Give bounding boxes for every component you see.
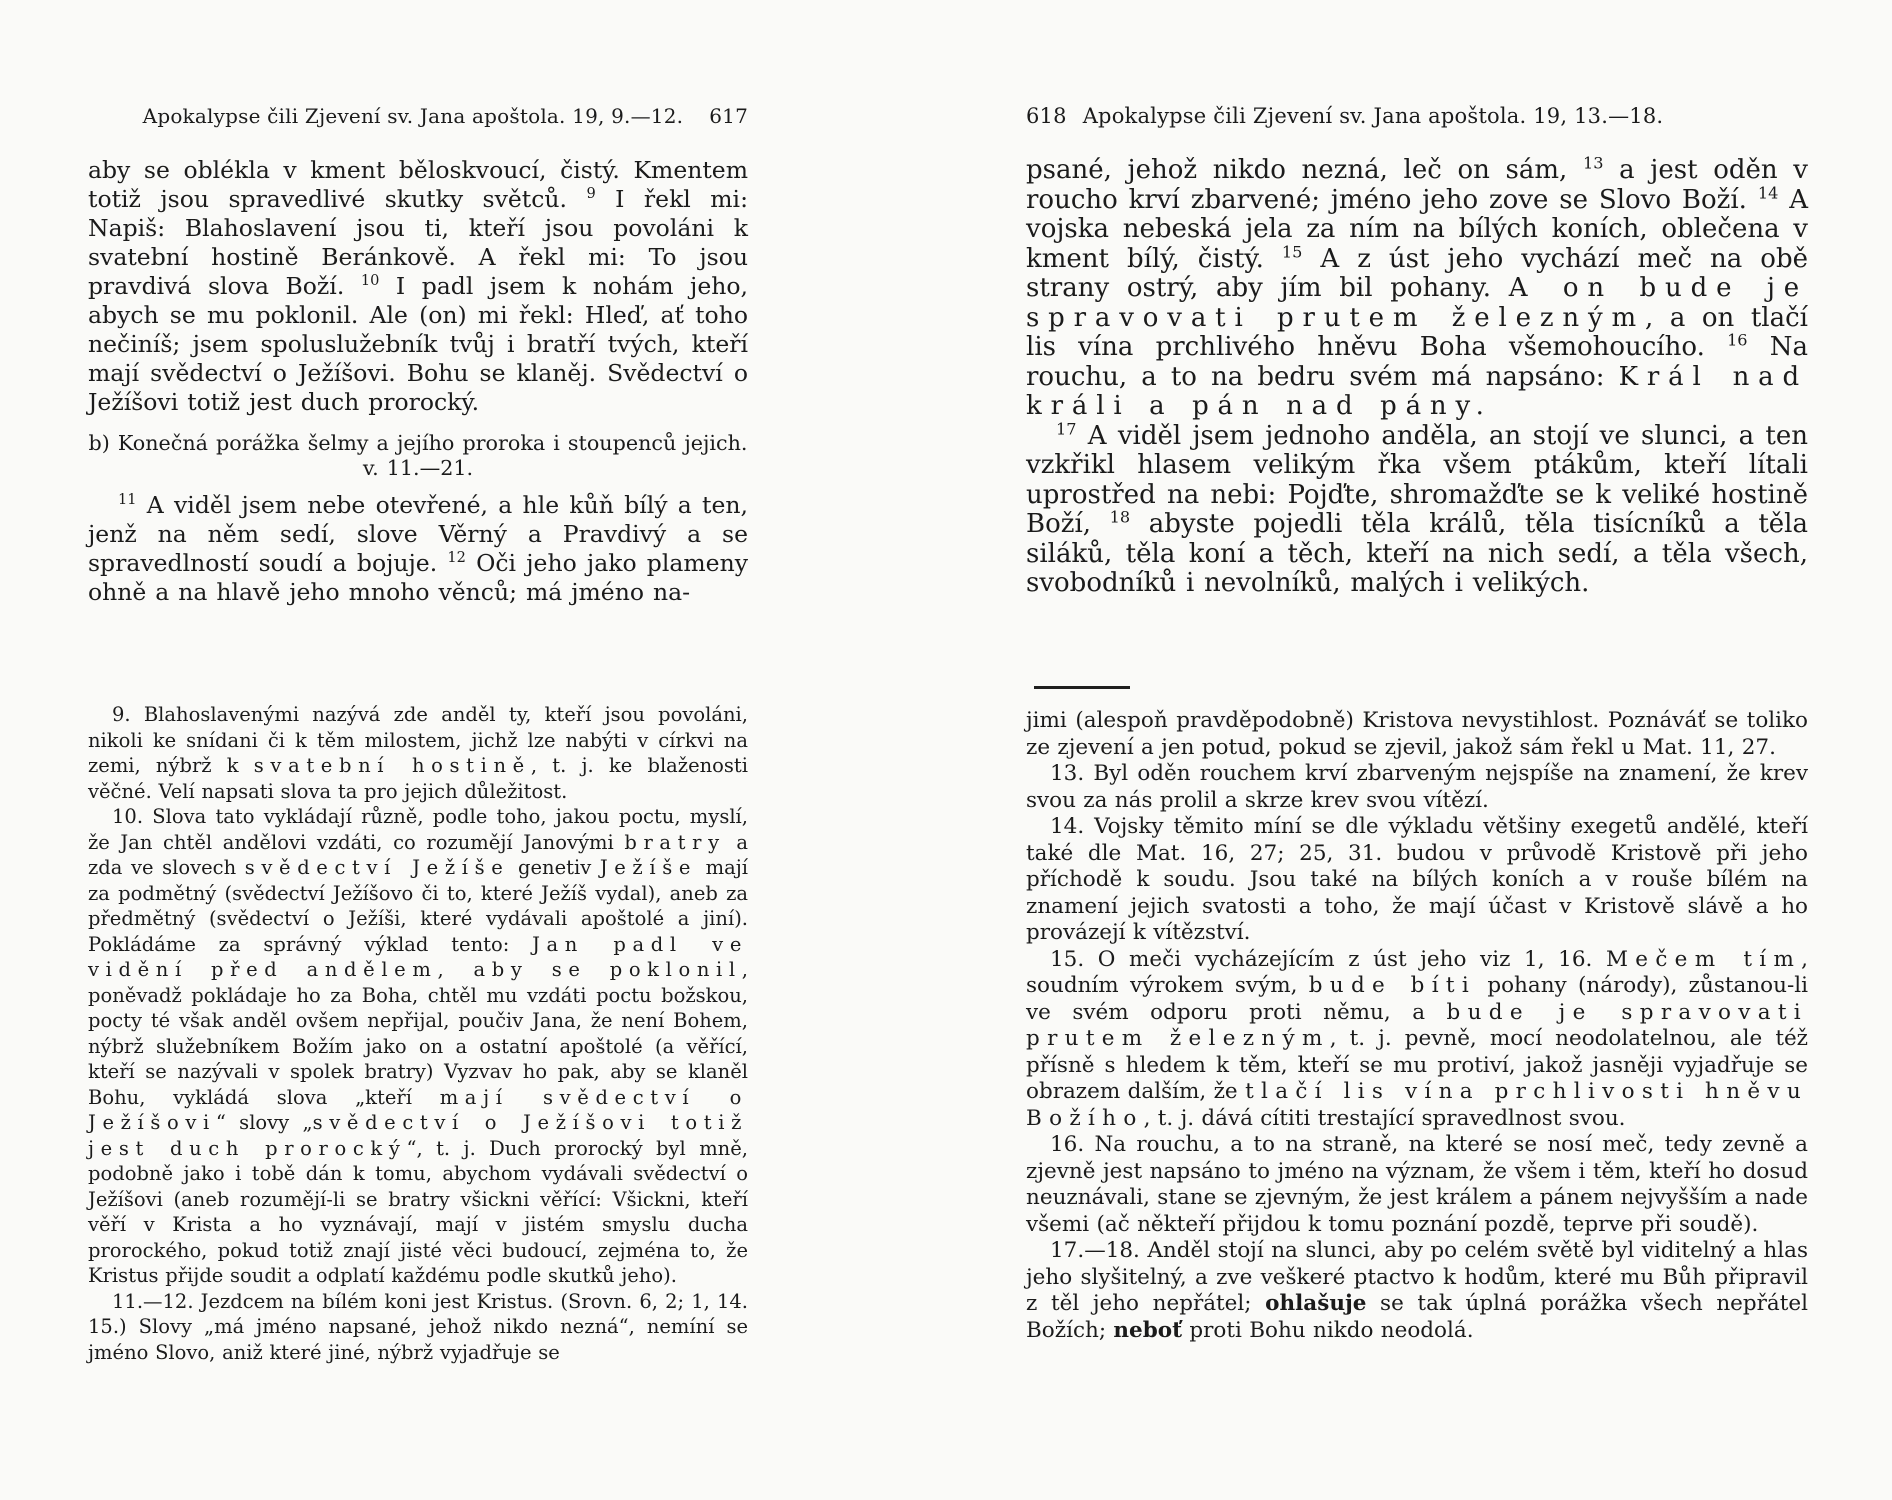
footnote-separator-rule bbox=[1034, 686, 1130, 689]
emphasis-text: tlačí lis vína prchlivosti hněvu Božího bbox=[1026, 1079, 1808, 1131]
section-heading: b) Konečná porážka šelmy a jejího prorok… bbox=[88, 431, 748, 481]
page-header-left: Apokalypse čili Zjevení sv. Jana apoštol… bbox=[88, 104, 748, 128]
paragraph: 17 A viděl jsem jednoho anděla, an stojí… bbox=[1026, 422, 1808, 599]
emphasis-text: bude bíti bbox=[1309, 973, 1476, 998]
running-title: Apokalypse čili Zjevení sv. Jana apoštol… bbox=[1083, 104, 1664, 128]
footnotes: 9. Blahoslavenými nazývá zde anděl ty, k… bbox=[88, 702, 748, 1365]
verse-number: 16 bbox=[1727, 330, 1748, 349]
verse-number: 13 bbox=[1583, 153, 1604, 172]
emphasis-text: Jan padl ve vidění před andělem, aby se … bbox=[88, 933, 748, 982]
paragraph: 11 A viděl jsem nebe otevřené, a hle kůň… bbox=[88, 491, 748, 607]
emphasis-text: Mečem tím bbox=[1606, 947, 1801, 972]
footnote: 10. Slova tato vykládají různě, podle to… bbox=[88, 804, 748, 1289]
emphasis-text: A on bude je spravovati prutem železným bbox=[1026, 273, 1808, 333]
footnote: 16. Na rouchu, a to na straně, na které … bbox=[1026, 1132, 1808, 1238]
footnote: 15. O meči vycházejícím z úst jeho viz 1… bbox=[1026, 947, 1808, 1133]
emphasis-text: svědectví Ježíše bbox=[245, 856, 510, 879]
verse-number: 14 bbox=[1758, 183, 1779, 202]
running-title: Apokalypse čili Zjevení sv. Jana apoštol… bbox=[143, 104, 684, 128]
emphasis-text: ohlašuje bbox=[1265, 1291, 1366, 1316]
emphasis-text: Ježíše bbox=[600, 856, 697, 879]
verse-number: 15 bbox=[1282, 242, 1303, 261]
paragraph: psané, jehož nikdo nezná, leč on sám, 13… bbox=[1026, 156, 1808, 422]
page-number: 618 bbox=[1026, 104, 1067, 128]
footnote: 9. Blahoslavenými nazývá zde anděl ty, k… bbox=[88, 702, 748, 804]
verse-number: 10 bbox=[361, 272, 380, 289]
page-right: 618Apokalypse čili Zjevení sv. Jana apoš… bbox=[1026, 0, 1808, 1500]
emphasis-text: neboť bbox=[1113, 1318, 1182, 1343]
page-header-right: 618Apokalypse čili Zjevení sv. Jana apoš… bbox=[1026, 104, 1808, 128]
footnote: 13. Byl oděn rouchem krví zbarveným nejs… bbox=[1026, 761, 1808, 814]
footnote: 11.—12. Jezdcem na bílém koni jest Krist… bbox=[88, 1289, 748, 1366]
emphasis-text: svatební hostině bbox=[254, 754, 531, 777]
footnote: 14. Vojsky těmito míní se dle výkladu vě… bbox=[1026, 814, 1808, 947]
scripture-text: aby se oblékla v kment běloskvoucí, čist… bbox=[88, 156, 748, 607]
page-left: Apokalypse čili Zjevení sv. Jana apoštol… bbox=[88, 0, 748, 1500]
page-number: 617 bbox=[709, 104, 748, 128]
emphasis-text: bratry bbox=[624, 831, 725, 854]
verse-number: 12 bbox=[447, 550, 466, 567]
verse-number: 9 bbox=[586, 185, 595, 202]
scripture-text: psané, jehož nikdo nezná, leč on sám, 13… bbox=[1026, 156, 1808, 599]
footnotes: jimi (alespoň pravděpodobně) Kristova ne… bbox=[1026, 708, 1808, 1344]
verse-number: 17 bbox=[1056, 419, 1077, 438]
footnote: jimi (alespoň pravděpodobně) Kristova ne… bbox=[1026, 708, 1808, 761]
paragraph: aby se oblékla v kment běloskvoucí, čist… bbox=[88, 156, 748, 417]
verse-number: 11 bbox=[118, 492, 137, 509]
book-spread: Apokalypse čili Zjevení sv. Jana apoštol… bbox=[0, 0, 1892, 1500]
verse-number: 18 bbox=[1110, 507, 1131, 526]
footnote: 17.—18. Anděl stojí na slunci, aby po ce… bbox=[1026, 1238, 1808, 1344]
emphasis-text: bude je spravovati prutem železným bbox=[1026, 1000, 1808, 1052]
emphasis-text: Král nad králi a pán nad pány. bbox=[1026, 362, 1808, 422]
